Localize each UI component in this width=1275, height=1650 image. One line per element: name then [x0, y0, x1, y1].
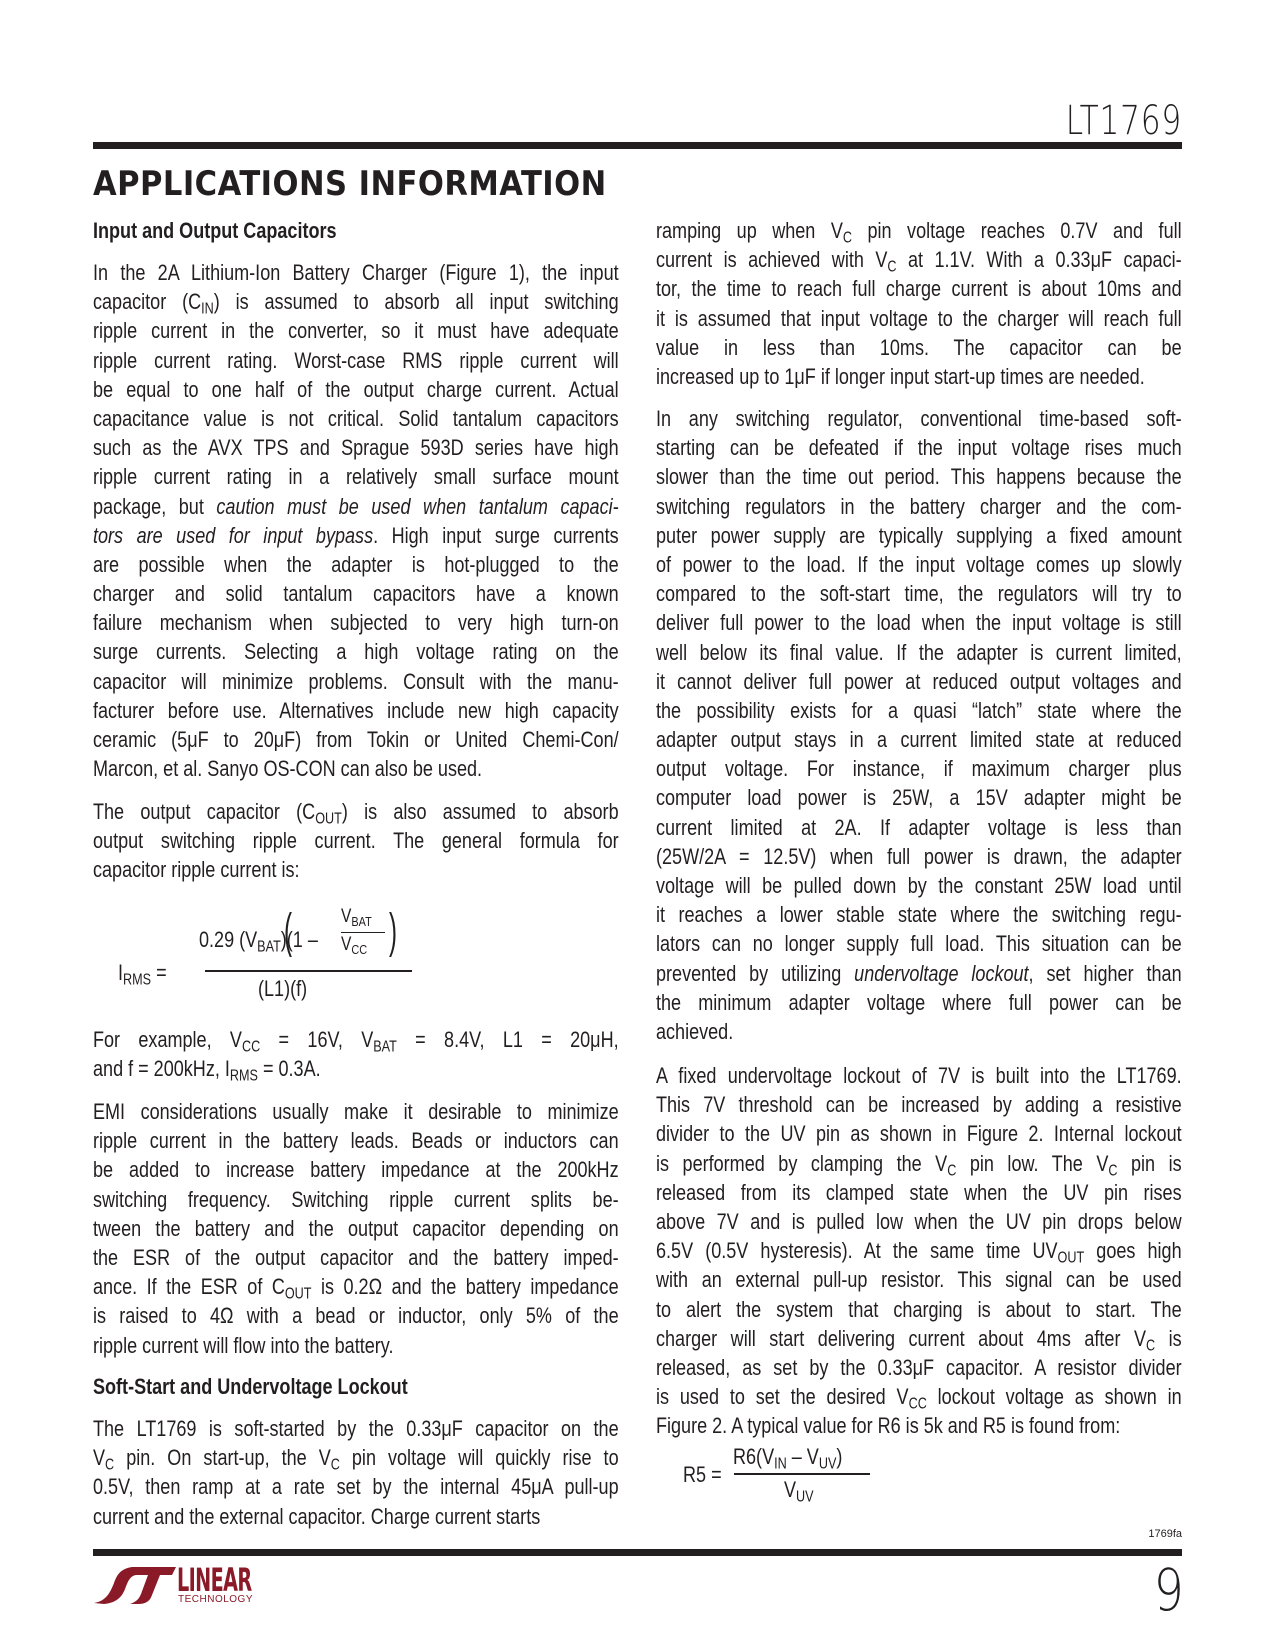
- paragraph-input-capacitor: In the 2A Lithium-Ion Battery Charger (F…: [93, 258, 619, 783]
- text-line: increased up to 1μF if longer input star…: [656, 362, 1182, 391]
- text-line: switching frequency. Switching ripple cu…: [93, 1185, 619, 1214]
- text-line: lators can no longer supply full load. T…: [656, 929, 1182, 958]
- heading-soft-start: Soft-Start and Undervoltage Lockout: [93, 1372, 619, 1401]
- text-line: ramping up when VC pin voltage reaches 0…: [656, 216, 1182, 245]
- text-line: 6.5V (0.5V hysteresis). At the same time…: [656, 1236, 1182, 1265]
- text-line: slower than the time out period. This ha…: [656, 462, 1182, 491]
- text-line: ripple current in the battery leads. Bea…: [93, 1126, 619, 1155]
- text-line: current limited at 2A. If adapter voltag…: [656, 813, 1182, 842]
- text-line: surge currents. Selecting a high voltage…: [93, 637, 619, 666]
- text-line: to alert the system that charging is abo…: [656, 1295, 1182, 1324]
- page-number: 9: [1154, 1556, 1184, 1624]
- text-line: Marcon, et al. Sanyo OS-CON can also be …: [93, 754, 619, 783]
- text-line: prevented by utilizing undervoltage lock…: [656, 959, 1182, 988]
- text-line: charger and solid tantalum capacitors ha…: [93, 579, 619, 608]
- text-line: such as the AVX TPS and Sprague 593D ser…: [93, 433, 619, 462]
- text-line: is used to set the desired VCC lockout v…: [656, 1382, 1182, 1411]
- text-line: ance. If the ESR of COUT is 0.2Ω and the…: [93, 1272, 619, 1301]
- text-line: puter power supply are typically supplyi…: [656, 521, 1182, 550]
- text-line: 0.5V, then ramp at a rate set by the int…: [93, 1472, 619, 1501]
- text-line: ripple current rating in a relatively sm…: [93, 462, 619, 491]
- text-line: are possible when the adapter is hot-plu…: [93, 550, 619, 579]
- formula-r5-numerator: R6(VIN – VUV): [733, 1444, 842, 1470]
- right-column: ramping up when VC pin voltage reaches 0…: [656, 0, 1182, 1650]
- text-line: divider to the UV pin as shown in Figure…: [656, 1119, 1182, 1148]
- text-line: For example, VCC = 16V, VBAT = 8.4V, L1 …: [93, 1025, 619, 1054]
- paren-close: ): [389, 904, 397, 959]
- formula-irms: IRMS = 0.29 (VBAT)(1 – ( VBAT VCC ) (L1)…: [93, 900, 619, 1010]
- formula-irms-inner-num: VBAT: [341, 906, 372, 928]
- text-line: package, but caution must be used when t…: [93, 492, 619, 521]
- text-line: capacitor (CIN) is assumed to absorb all…: [93, 287, 619, 316]
- text-line: voltage will be pulled down by the const…: [656, 871, 1182, 900]
- text-line: above 7V and is pulled low when the UV p…: [656, 1207, 1182, 1236]
- text-line: be added to increase battery impedance a…: [93, 1155, 619, 1184]
- text-line: with an external pull-up resistor. This …: [656, 1265, 1182, 1294]
- text-line: ripple current will flow into the batter…: [93, 1331, 619, 1360]
- text-line: of power to the load. If the input volta…: [656, 550, 1182, 579]
- formula-irms-lhs: IRMS =: [118, 960, 167, 986]
- text-line: capacitor ripple current is:: [93, 855, 619, 884]
- text-line: (25W/2A = 12.5V) when full power is draw…: [656, 842, 1182, 871]
- document-code: 1769fa: [1148, 1528, 1182, 1540]
- left-column: Input and Output Capacitors In the 2A Li…: [93, 0, 619, 1650]
- text-line: output switching ripple current. The gen…: [93, 826, 619, 855]
- text-line: the ESR of the output capacitor and the …: [93, 1243, 619, 1272]
- irms-fraction-bar: [205, 970, 412, 972]
- paragraph-soft-start-defeat: In any switching regulator, conventional…: [656, 404, 1182, 1046]
- text-line: compared to the soft-start time, the reg…: [656, 579, 1182, 608]
- text-line: facturer before use. Alternatives includ…: [93, 696, 619, 725]
- text-line: A fixed undervoltage lockout of 7V is bu…: [656, 1061, 1182, 1090]
- text-line: ripple current in the converter, so it m…: [93, 316, 619, 345]
- linear-technology-logo: LINEAR TECHNOLOGY: [92, 1563, 262, 1605]
- text-line: failure mechanism when subjected to very…: [93, 608, 619, 637]
- paragraph-soft-start: The LT1769 is soft-started by the 0.33μF…: [93, 1414, 619, 1531]
- text-line: EMI considerations usually make it desir…: [93, 1097, 619, 1126]
- text-line: it cannot deliver full power at reduced …: [656, 667, 1182, 696]
- formula-irms-inner-den: VCC: [341, 934, 367, 956]
- text-line: well below its final value. If the adapt…: [656, 638, 1182, 667]
- text-line: released from its clamped state when the…: [656, 1178, 1182, 1207]
- text-line: charger will start delivering current ab…: [656, 1324, 1182, 1353]
- formula-r5-lhs: R5 =: [683, 1462, 722, 1488]
- text-line: value in less than 10ms. The capacitor c…: [656, 333, 1182, 362]
- paren-open: (: [284, 904, 292, 959]
- text-line: capacitance value is not critical. Solid…: [93, 404, 619, 433]
- text-line: it reaches a lower stable state where th…: [656, 900, 1182, 929]
- formula-r5: R5 = R6(VIN – VUV) VUV: [656, 1440, 1182, 1530]
- text-line: The LT1769 is soft-started by the 0.33μF…: [93, 1414, 619, 1443]
- logo-text-technology: TECHNOLOGY: [178, 1594, 253, 1605]
- text-line: The output capacitor (COUT) is also assu…: [93, 797, 619, 826]
- paragraph-uvlo: A fixed undervoltage lockout of 7V is bu…: [656, 1061, 1182, 1440]
- heading-input-output-capacitors: Input and Output Capacitors: [93, 216, 619, 245]
- text-line: computer load power is 25W, a 15V adapte…: [656, 783, 1182, 812]
- text-line: tor, the time to reach full charge curre…: [656, 274, 1182, 303]
- paragraph-example: For example, VCC = 16V, VBAT = 8.4V, L1 …: [93, 1025, 619, 1083]
- text-line: released, as set by the 0.33μF capacitor…: [656, 1353, 1182, 1382]
- text-line: the minimum adapter voltage where full p…: [656, 988, 1182, 1017]
- footer-rule: [93, 1549, 1182, 1556]
- text-line: In any switching regulator, conventional…: [656, 404, 1182, 433]
- text-line: VC pin. On start-up, the VC pin voltage …: [93, 1443, 619, 1472]
- text-line: Figure 2. A typical value for R6 is 5k a…: [656, 1411, 1182, 1440]
- formula-irms-numerator: 0.29 (VBAT)(1 –: [199, 927, 318, 953]
- inner-fraction-bar: [341, 932, 385, 933]
- paragraph-emi: EMI considerations usually make it desir…: [93, 1097, 619, 1360]
- text-line: be equal to one half of the output charg…: [93, 375, 619, 404]
- text-line: This 7V threshold can be increased by ad…: [656, 1090, 1182, 1119]
- text-line: adapter output stays in a current limite…: [656, 725, 1182, 754]
- text-line: deliver full power to the load when the …: [656, 608, 1182, 637]
- text-line: is performed by clamping the VC pin low.…: [656, 1149, 1182, 1178]
- text-line: tors are used for input bypass. High inp…: [93, 521, 619, 550]
- text-line: it is assumed that input voltage to the …: [656, 304, 1182, 333]
- text-line: achieved.: [656, 1017, 1182, 1046]
- text-line: ceramic (5μF to 20μF) from Tokin or Unit…: [93, 725, 619, 754]
- text-line: ripple current rating. Worst-case RMS ri…: [93, 346, 619, 375]
- text-line: is raised to 4Ω with a bead or inductor,…: [93, 1301, 619, 1330]
- text-line: starting can be defeated if the input vo…: [656, 433, 1182, 462]
- formula-irms-denominator: (L1)(f): [258, 976, 307, 1002]
- paragraph-ramp: ramping up when VC pin voltage reaches 0…: [656, 216, 1182, 391]
- text-line: capacitor will minimize problems. Consul…: [93, 667, 619, 696]
- text-line: In the 2A Lithium-Ion Battery Charger (F…: [93, 258, 619, 287]
- paragraph-output-capacitor: The output capacitor (COUT) is also assu…: [93, 797, 619, 885]
- text-line: switching regulators in the battery char…: [656, 492, 1182, 521]
- text-line: tween the battery and the output capacit…: [93, 1214, 619, 1243]
- text-line: the possibility exists for a quasi “latc…: [656, 696, 1182, 725]
- r5-fraction-bar: [734, 1473, 870, 1475]
- text-line: output voltage. For instance, if maximum…: [656, 754, 1182, 783]
- text-line: current is achieved with VC at 1.1V. Wit…: [656, 245, 1182, 274]
- text-line: and f = 200kHz, IRMS = 0.3A.: [93, 1054, 619, 1083]
- formula-r5-denominator: VUV: [784, 1477, 814, 1503]
- text-line: current and the external capacitor. Char…: [93, 1502, 619, 1531]
